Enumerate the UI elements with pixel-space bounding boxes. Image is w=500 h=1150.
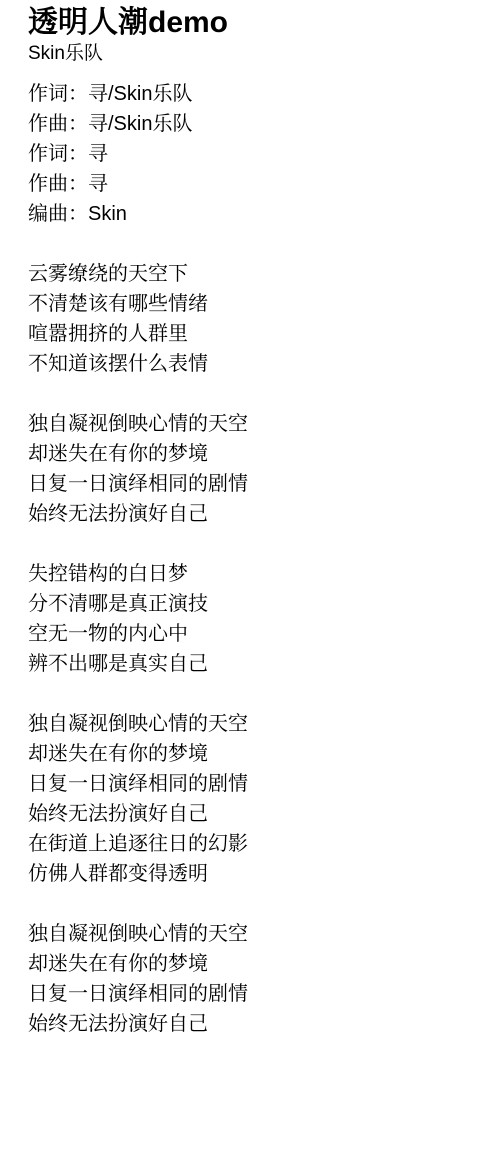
lyric-line: 分不清哪是真正演技 <box>28 589 480 619</box>
lyric-line: 日复一日演绎相同的剧情 <box>28 469 480 499</box>
lyrics-page: 透明人潮demo Skin乐队 作词：寻/Skin乐队作曲：寻/Skin乐队作词… <box>0 0 500 1150</box>
stanza: 独自凝视倒映心情的天空却迷失在有你的梦境日复一日演绎相同的剧情始终无法扮演好自己 <box>28 409 480 529</box>
lyric-line: 辨不出哪是真实自己 <box>28 649 480 679</box>
lyric-line: 始终无法扮演好自己 <box>28 1009 480 1039</box>
lyric-line: 日复一日演绎相同的剧情 <box>28 979 480 1009</box>
lyric-line: 始终无法扮演好自己 <box>28 799 480 829</box>
lyric-line: 不知道该摆什么表情 <box>28 349 480 379</box>
song-title: 透明人潮demo <box>28 6 480 41</box>
lyric-line: 却迷失在有你的梦境 <box>28 949 480 979</box>
lyric-line: 失控错构的白日梦 <box>28 559 480 589</box>
stanza: 失控错构的白日梦分不清哪是真正演技空无一物的内心中辨不出哪是真实自己 <box>28 559 480 679</box>
lyric-line: 却迷失在有你的梦境 <box>28 439 480 469</box>
lyric-line: 独自凝视倒映心情的天空 <box>28 709 480 739</box>
lyric-line: 空无一物的内心中 <box>28 619 480 649</box>
credits-section: 作词：寻/Skin乐队作曲：寻/Skin乐队作词：寻作曲：寻编曲：Skin <box>28 79 480 229</box>
lyric-line: 独自凝视倒映心情的天空 <box>28 919 480 949</box>
credit-line: 作曲：寻/Skin乐队 <box>28 109 480 139</box>
lyric-line: 始终无法扮演好自己 <box>28 499 480 529</box>
credit-line: 编曲：Skin <box>28 199 480 229</box>
stanza: 独自凝视倒映心情的天空却迷失在有你的梦境日复一日演绎相同的剧情始终无法扮演好自己 <box>28 919 480 1039</box>
artist-name: Skin乐队 <box>28 43 480 66</box>
stanza: 云雾缭绕的天空下不清楚该有哪些情绪喧嚣拥挤的人群里不知道该摆什么表情 <box>28 259 480 379</box>
stanza: 独自凝视倒映心情的天空却迷失在有你的梦境日复一日演绎相同的剧情始终无法扮演好自己… <box>28 709 480 889</box>
credit-line: 作词：寻 <box>28 139 480 169</box>
lyric-line: 独自凝视倒映心情的天空 <box>28 409 480 439</box>
credit-line: 作词：寻/Skin乐队 <box>28 79 480 109</box>
lyric-line: 云雾缭绕的天空下 <box>28 259 480 289</box>
lyric-line: 仿佛人群都变得透明 <box>28 859 480 889</box>
lyric-line: 日复一日演绎相同的剧情 <box>28 769 480 799</box>
lyric-line: 却迷失在有你的梦境 <box>28 739 480 769</box>
lyric-line: 不清楚该有哪些情绪 <box>28 289 480 319</box>
lyric-line: 喧嚣拥挤的人群里 <box>28 319 480 349</box>
lyrics-section: 云雾缭绕的天空下不清楚该有哪些情绪喧嚣拥挤的人群里不知道该摆什么表情独自凝视倒映… <box>28 259 480 1039</box>
lyric-line: 在街道上追逐往日的幻影 <box>28 829 480 859</box>
credit-line: 作曲：寻 <box>28 169 480 199</box>
